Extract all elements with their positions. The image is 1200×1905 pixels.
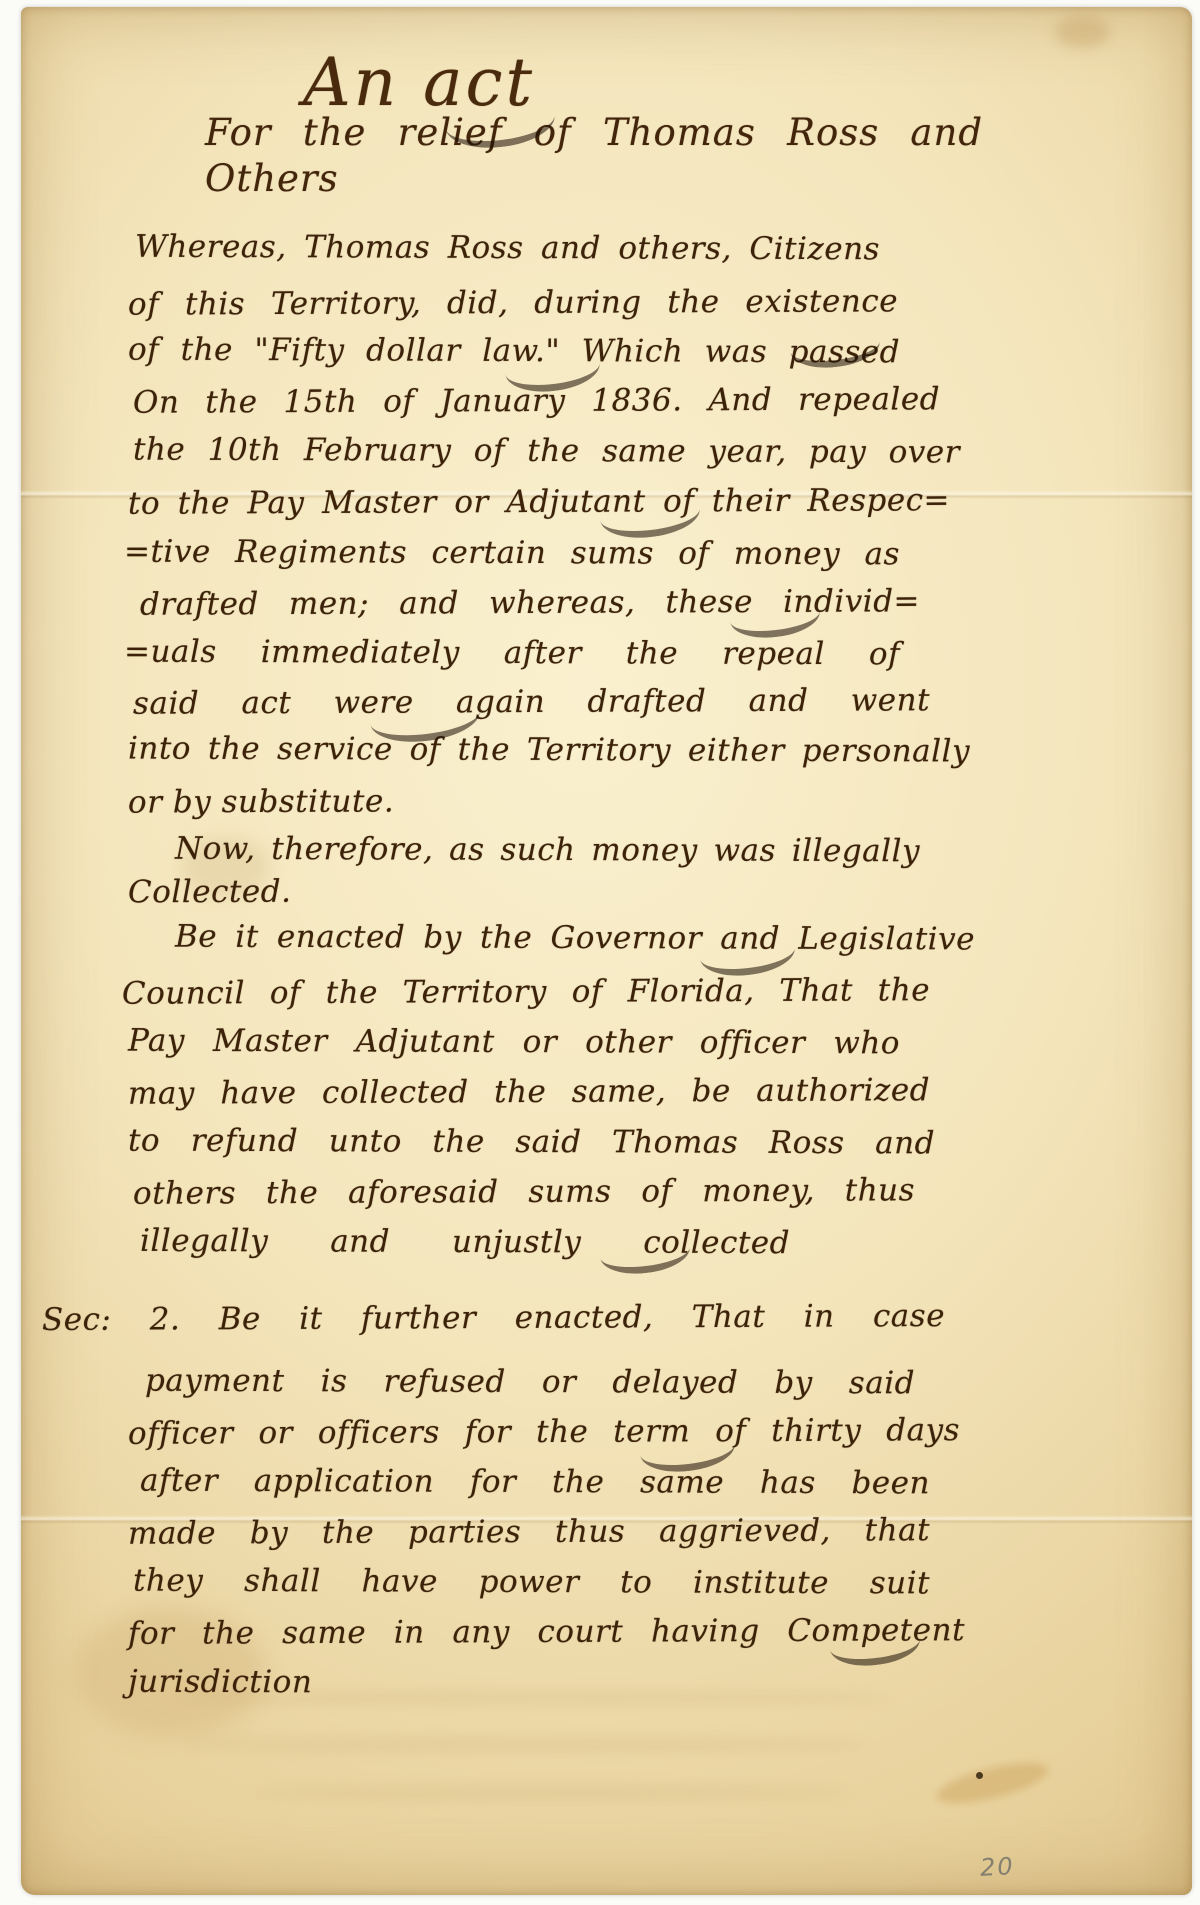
ink-bleed-through	[186, 1737, 866, 1752]
manuscript-line: =uals immediately after the repeal of	[124, 632, 900, 675]
manuscript-line: illegally and unjustly collected	[140, 1221, 790, 1263]
paper-stain	[1055, 16, 1110, 48]
manuscript-line: said act were again drafted and went	[133, 680, 930, 723]
manuscript-line: payment is refused or delayed by said	[145, 1361, 915, 1404]
manuscript-line: Sec: 2. Be it further enacted, That in c…	[42, 1296, 945, 1340]
ink-bleed-through	[251, 1785, 851, 1800]
manuscript-line: Be it enacted by the Governor and Legisl…	[175, 917, 975, 960]
manuscript-line: into the service of the Territory either…	[128, 729, 970, 772]
manuscript-line: =tive Regiments certain sums of money as	[124, 532, 900, 575]
manuscript-line: Pay Master Adjutant or other officer who	[128, 1021, 900, 1064]
manuscript-line: others the aforesaid sums of money, thus	[133, 1170, 915, 1213]
ink-speck	[976, 1772, 983, 1779]
manuscript-line: the 10th February of the same year, pay …	[133, 430, 960, 473]
manuscript-line: after application for the same has been	[140, 1461, 930, 1504]
document-subtitle: For the relief of Thomas Ross and Others	[205, 110, 983, 202]
manuscript-line: they shall have power to institute suit	[133, 1561, 930, 1604]
page-number-pencil: 20	[979, 1852, 1015, 1882]
manuscript-line: to the Pay Master or Adjutant of their R…	[128, 480, 950, 524]
manuscript-line: to refund unto the said Thomas Ross and	[128, 1121, 935, 1164]
manuscript-line: Whereas, Thomas Ross and others, Citizen…	[135, 227, 880, 270]
manuscript-line: Now, therefore, as such money was illega…	[175, 829, 920, 872]
manuscript-line: or by substitute.	[128, 781, 394, 822]
manuscript-line: made by the parties thus aggrieved, that	[128, 1510, 930, 1553]
manuscript-line: Collected.	[128, 872, 292, 913]
manuscript-line: may have collected the same, be authoriz…	[128, 1070, 930, 1113]
manuscript-line: jurisdiction	[128, 1662, 312, 1703]
manuscript-line: Council of the Territory of Florida, Tha…	[122, 970, 930, 1014]
manuscript-line: of this Territory, did, during the exist…	[128, 281, 898, 324]
manuscript-line: officer or officers for the term of thir…	[128, 1410, 960, 1454]
